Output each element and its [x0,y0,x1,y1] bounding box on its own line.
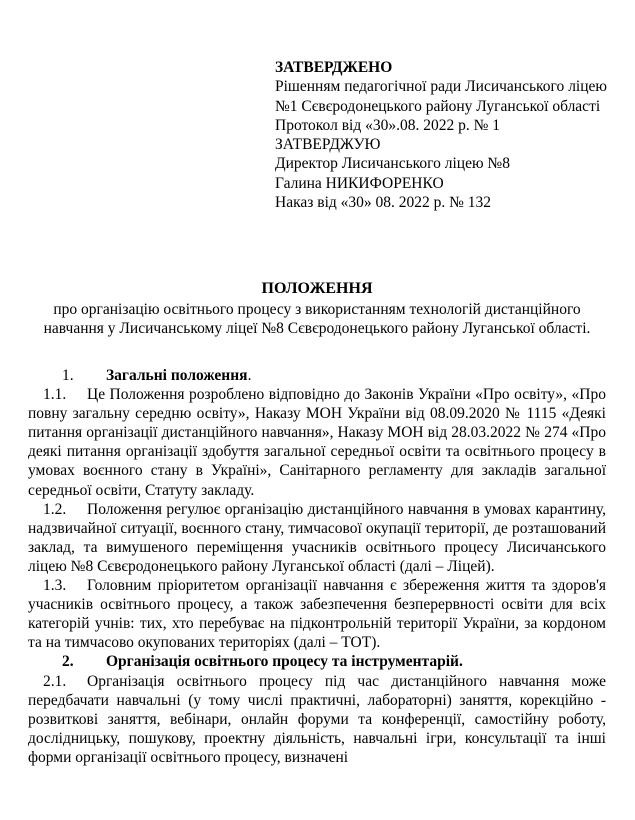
paragraph-text: Організація освітнього процесу під час д… [28,673,606,766]
paragraph-text: Це Положення розроблено відповідно до За… [28,386,606,498]
document-page: ЗАТВЕРДЖЕНО Рішенням педагогічної ради Л… [0,0,635,820]
section-label: Загальні положення [106,367,248,384]
paragraph-1-3: 1.3.Головним пріоритетом організації нав… [28,576,606,652]
paragraph-number: 1.2. [43,500,87,519]
paragraph-text: Головним пріоритетом організації навчанн… [28,577,606,651]
director-line: Директор Лисичанського ліцею №8 [275,154,607,173]
document-body: 1.Загальні положення. 1.1.Це Положення р… [28,366,606,767]
approval-block: ЗАТВЕРДЖЕНО Рішенням педагогічної ради Л… [275,58,607,212]
paragraph-number: 1.3. [43,576,87,595]
paragraph-number: 2.1. [43,672,87,691]
paragraph-1-2: 1.2.Положення регулює організацію дистан… [28,500,606,576]
approve-stamp: ЗАТВЕРДЖУЮ [275,135,607,154]
paragraph-2-1: 2.1.Організація освітнього процесу під ч… [28,672,606,767]
section-number: 1. [62,366,106,385]
section-number: 2. [62,652,106,671]
paragraph-text: Положення регулює організацію дистанційн… [28,501,606,575]
order-line: Наказ від «30» 08. 2022 р. № 132 [275,193,607,212]
section-heading-1: 1.Загальні положення. [28,366,606,385]
section-heading-2: 2.Організація освітнього процесу та інст… [28,652,606,671]
document-title: ПОЛОЖЕННЯ [28,279,606,299]
director-name: Галина НИКИФОРЕНКО [275,174,607,193]
section-label-tail: . [248,367,252,384]
section-label: Організація освітнього процесу та інстру… [106,653,463,670]
protocol-line: Протокол від «30».08. 2022 р. № 1 [275,116,607,135]
document-subtitle: про організацію освітнього процесу з вик… [28,300,606,339]
paragraph-1-1: 1.1.Це Положення розроблено відповідно д… [28,385,606,500]
paragraph-number: 1.1. [43,385,87,404]
title-block: ПОЛОЖЕННЯ про організацію освітнього про… [28,279,606,339]
council-decision-line: Рішенням педагогічної ради Лисичанського… [275,77,607,116]
approved-stamp: ЗАТВЕРДЖЕНО [275,58,607,77]
